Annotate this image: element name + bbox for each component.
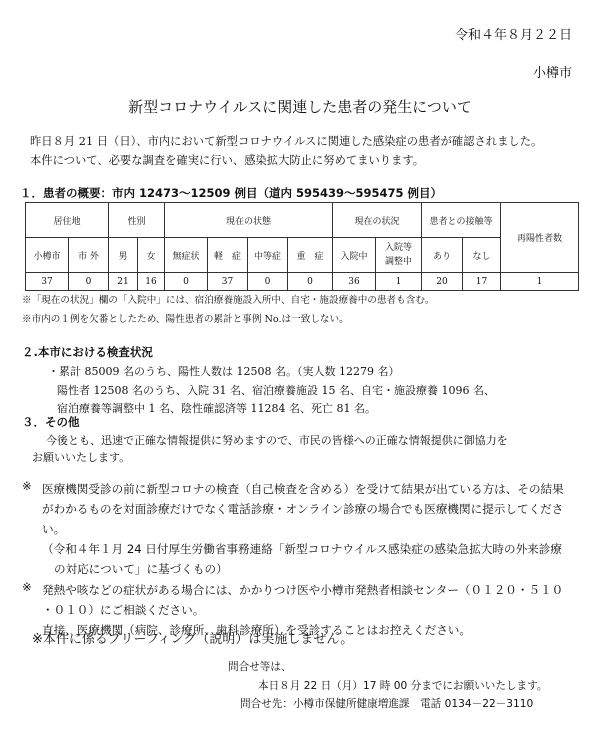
table-note-1: ※「現在の状況」欄の「入院中」には、宿泊療養施設入所中、自宅・施設療養中の患者も…: [22, 292, 435, 306]
subheader-hospital-adjusting-line2: 調整中: [376, 255, 421, 269]
table-row: 37 0 21 16 0 37 0 0 36 1 20 17 1: [26, 273, 579, 291]
subheader-hospitalized: 入院中: [333, 238, 376, 273]
intro-paragraph: 昨日８月 21 日（日）、市内において新型コロナウイルスに関連した感染症の患者が…: [30, 132, 542, 170]
subheader-otaru: 小樽市: [26, 238, 69, 273]
warning-2-line-2: ・０１０）にご相談ください。: [42, 600, 563, 620]
header-repositive-count: 再陽性者数: [501, 203, 579, 273]
section-2-heading: ２.本市における検査状況: [22, 344, 153, 360]
subheader-mild: 軽 症: [208, 238, 248, 273]
testing-line-2: 陽性者 12508 名のうち、入院 31 名、宿泊療養施設 15 名、自宅・施設…: [57, 382, 495, 398]
section-1-heading: １．患者の概要：市内 12473～12509 例目（道内 595439～5954…: [20, 185, 442, 201]
briefing-notice: ※本件に係るブリーフィング（説明）は実施しません。: [32, 628, 353, 647]
value-moderate: 0: [248, 273, 288, 291]
contact-line-2: 本日８月 22 日（月）17 時 00 分までにお願いいたします。: [258, 678, 548, 693]
value-female: 16: [138, 273, 165, 291]
group-header-sex: 性別: [109, 203, 165, 238]
value-contact-yes: 20: [422, 273, 463, 291]
section-3-heading: ３．その他: [22, 414, 80, 430]
document-title: 新型コロナウイルスに関連した患者の発生について: [0, 96, 600, 117]
group-header-contact: 患者との接触等: [422, 203, 501, 238]
subheader-outside-city: 市 外: [69, 238, 109, 273]
subheader-male: 男: [109, 238, 138, 273]
value-hospitalized: 36: [333, 273, 376, 291]
warning-item-1: 医療機関受診の前に新型コロナの検査（自己検査を含める）を受けて結果が出ている方は…: [42, 479, 564, 579]
warning-mark-1: ※: [22, 479, 32, 493]
subheader-severe: 重 症: [288, 238, 333, 273]
table-subheader-row: 小樽市 市 外 男 女 無症状 軽 症 中等症 重 症 入院中 入院等 調整中 …: [26, 238, 579, 273]
subheader-hospital-adjusting-line1: 入院等: [376, 241, 421, 255]
group-header-status: 現在の状況: [333, 203, 422, 238]
value-asymptomatic: 0: [165, 273, 208, 291]
other-line-2: お願いいたします。: [32, 449, 130, 465]
warning-1-line-5: の対応について」に基づくもの）: [42, 559, 564, 579]
value-hospital-adjusting: 1: [376, 273, 422, 291]
warning-1-line-4: （令和４年１月 24 日付厚生労働省事務連絡「新型コロナウイルス感染症の感染急拡…: [42, 539, 564, 559]
subheader-asymptomatic: 無症状: [165, 238, 208, 273]
intro-line-1: 昨日８月 21 日（日）、市内において新型コロナウイルスに関連した感染症の患者が…: [30, 132, 542, 151]
issuer-name: 小樽市: [533, 62, 572, 81]
table-note-2: ※市内の１例を欠番としたため、陽性患者の累計と事例 No.は一致しない。: [22, 311, 349, 325]
value-repositive: 1: [501, 273, 579, 291]
subheader-contact-yes: あり: [422, 238, 463, 273]
value-mild: 37: [208, 273, 248, 291]
contact-line-1: 問合せ等は、: [228, 659, 292, 674]
subheader-moderate: 中等症: [248, 238, 288, 273]
warning-1-line-1: 医療機関受診の前に新型コロナの検査（自己検査を含める）を受けて結果が出ている方は…: [42, 479, 564, 499]
value-contact-no: 17: [463, 273, 501, 291]
subheader-female: 女: [138, 238, 165, 273]
testing-line-3: 宿泊療養等調整中 1 名、陰性確認済等 11284 名、死亡 81 名。: [57, 400, 376, 416]
subheader-contact-no: なし: [463, 238, 501, 273]
value-outside-city: 0: [69, 273, 109, 291]
table-group-header-row: 居住地 性別 現在の状態 現在の状況 患者との接触等 再陽性者数: [26, 203, 579, 238]
warning-mark-2: ※: [22, 580, 32, 594]
group-header-residence: 居住地: [26, 203, 109, 238]
group-header-condition: 現在の状態: [165, 203, 333, 238]
warning-2-line-1: 発熱や咳などの症状がある場合には、かかりつけ医や小樽市発熱者相談センター（０１２…: [42, 580, 563, 600]
subheader-hospital-adjusting: 入院等 調整中: [376, 238, 422, 273]
value-severe: 0: [288, 273, 333, 291]
value-male: 21: [109, 273, 138, 291]
value-otaru: 37: [26, 273, 69, 291]
testing-line-1: ・累計 85009 名のうち、陽性人数は 12508 名。（実人数 12279 …: [48, 363, 399, 379]
patient-summary-table: 居住地 性別 現在の状態 現在の状況 患者との接触等 再陽性者数 小樽市 市 外…: [25, 202, 579, 291]
intro-line-2: 本件について、必要な調査を確実に行い、感染拡大防止に努めてまいります。: [30, 151, 542, 170]
contact-line-3: 問合せ先：小樽市保健所健康増進課 電話 0134－22－3110: [240, 696, 533, 711]
other-line-1: 今後とも、迅速で正確な情報提供に努めますので、市民の皆様への正確な情報提供に御協…: [46, 432, 508, 448]
issue-date: 令和４年８月２２日: [455, 24, 572, 43]
warning-1-line-3: い。: [42, 519, 564, 539]
warning-1-line-2: がわかるものを対面診療だけでなく電話診療・オンライン診療の場合でも医療機関に提示…: [42, 499, 564, 519]
